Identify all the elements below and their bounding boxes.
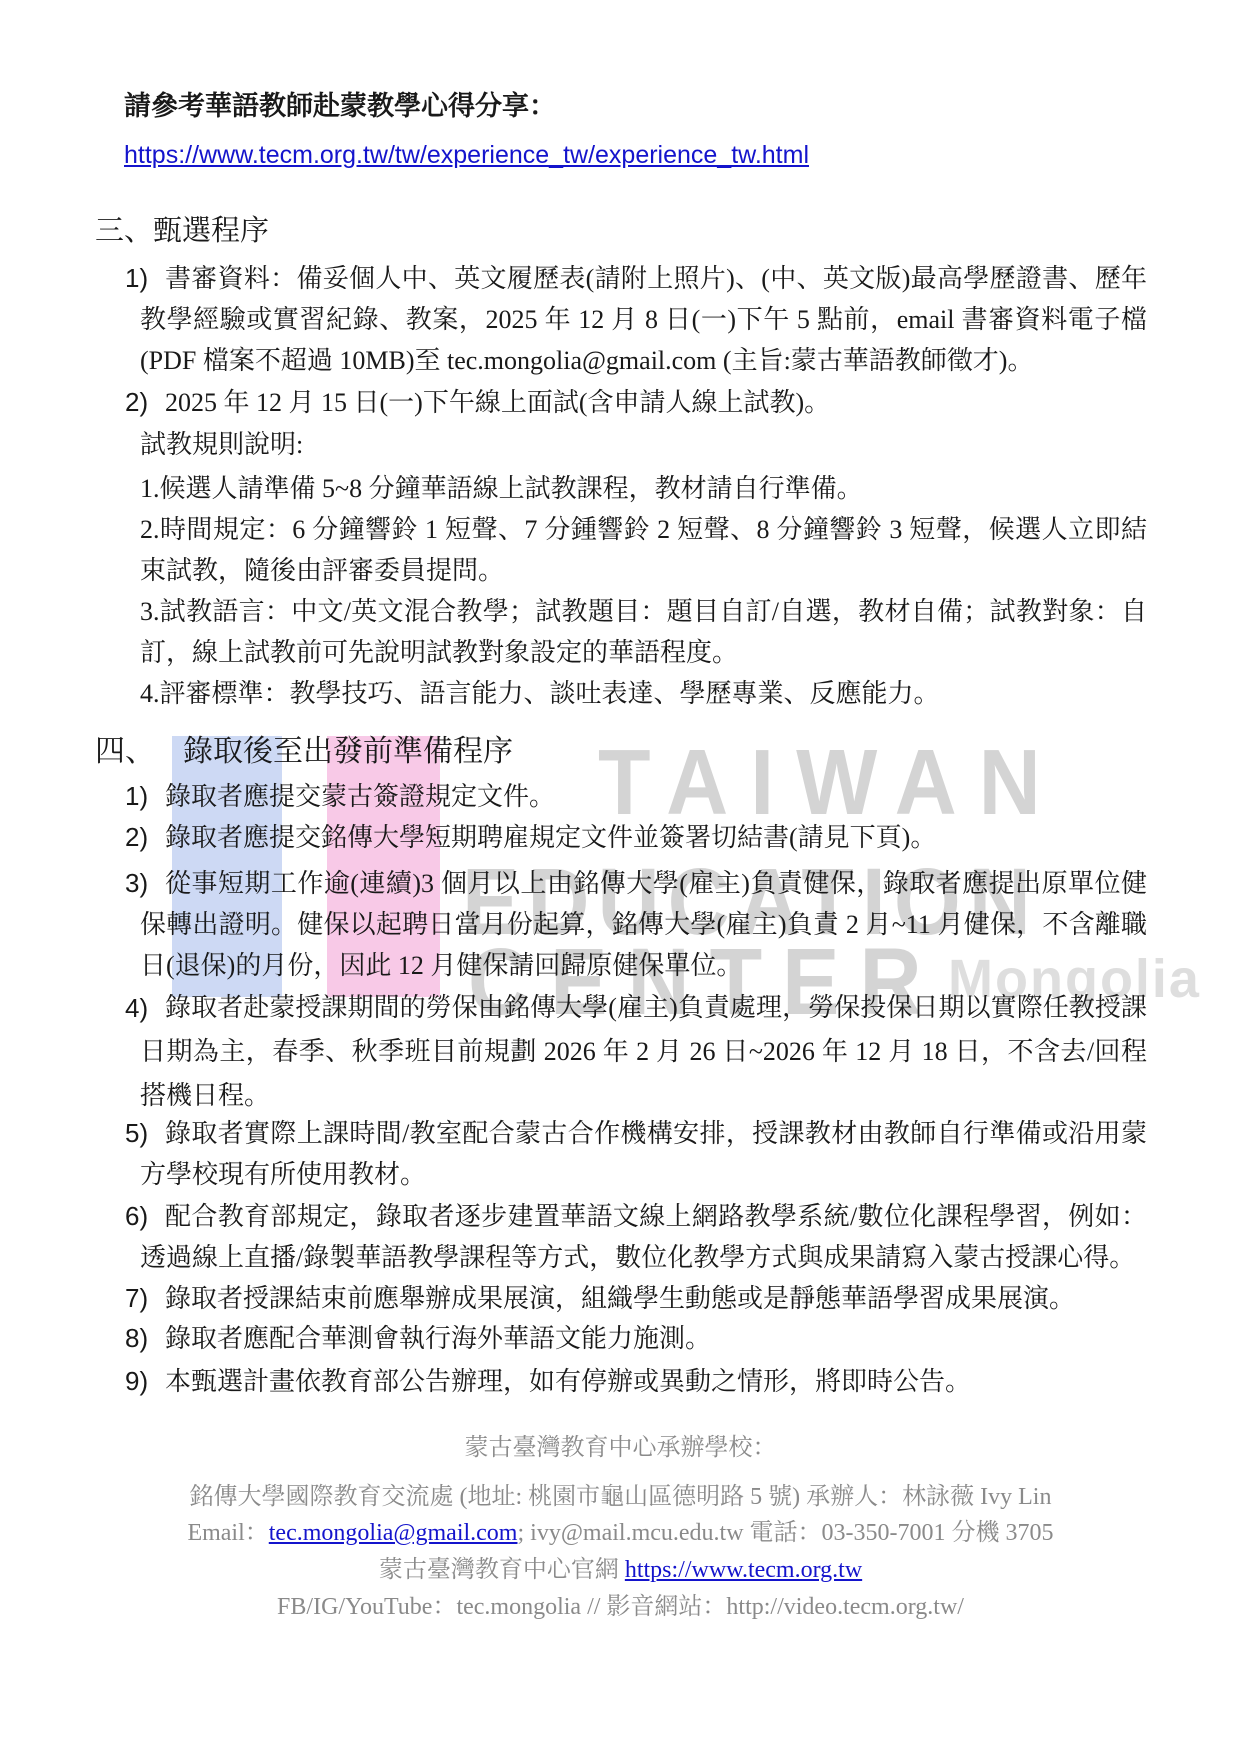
- intro-note: 請參考華語教師赴蒙教學心得分享：: [124, 86, 556, 127]
- section4-item-9: 9) 本甄選計畫依教育部公告辦理，如有停辦或異動之情形，將即時公告。: [95, 1361, 1147, 1402]
- section3-item-2: 2) 2025 年 12 月 15 日(一)下午線上面試(含申請人線上試教)。: [95, 382, 1147, 423]
- footer-website-link[interactable]: https://www.tecm.org.tw: [625, 1557, 862, 1583]
- section4-heading-number: 四、: [95, 735, 155, 768]
- footer-website-label: 蒙古臺灣教育中心官網: [379, 1557, 625, 1583]
- section3-heading: 三、甄選程序: [95, 211, 269, 252]
- footer-website-line: 蒙古臺灣教育中心官網 https://www.tecm.org.tw: [0, 1553, 1241, 1587]
- trial-rule-1: 1.候選人請準備 5~8 分鐘華語線上試教課程，教材請自行準備。: [95, 468, 1147, 509]
- section4-item-4: 4) 錄取者赴蒙授課期間的勞保由銘傳大學(雇主)負責處理，勞保投保日期以實際任教…: [95, 986, 1147, 1118]
- item-text: 2025 年 12 月 15 日(一)下午線上面試(含申請人線上試教)。: [95, 382, 1147, 423]
- item-number: 1): [125, 258, 148, 299]
- footer-email-link[interactable]: tec.mongolia@gmail.com: [269, 1520, 518, 1546]
- section4-item-3: 3) 從事短期工作逾(連續)3 個月以上由銘傳大學(雇主)負責健保，錄取者應提出…: [95, 863, 1147, 986]
- footer-social-line: FB/IG/YouTube：tec.mongolia // 影音網站：http:…: [0, 1590, 1241, 1624]
- trial-rule-4: 4.評審標準：教學技巧、語言能力、談吐表達、學歷專業、反應能力。: [95, 673, 1147, 714]
- footer-contact-line: Email：tec.mongolia@gmail.com; ivy@mail.m…: [0, 1516, 1241, 1550]
- section4-item-5: 5) 錄取者實際上課時間/教室配合蒙古合作機構安排，授課教材由教師自行準備或沿用…: [95, 1113, 1147, 1195]
- trial-rule-3: 3.試教語言：中文/英文混合教學；試教題目：題目自訂/自選，教材自備；試教對象：…: [95, 591, 1147, 673]
- trial-teaching-rules-heading: 試教規則說明:: [95, 424, 1147, 465]
- section4-item-7: 7) 錄取者授課結束前應舉辦成果展演，組織學生動態或是靜態華語學習成果展演。: [95, 1278, 1147, 1319]
- section4-heading: 四、錄取後至出發前準備程序: [95, 731, 513, 772]
- section3-item-1: 1) 書審資料：備妥個人中、英文履歷表(請附上照片)、(中、英文版)最高學歷證書…: [95, 258, 1147, 381]
- footer-contact-rest: ; ivy@mail.mcu.edu.tw 電話：03-350-7001 分機 …: [517, 1520, 1053, 1546]
- trial-rule-2: 2.時間規定：6 分鐘響鈴 1 短聲、7 分鍾響鈴 2 短聲、8 分鐘響鈴 3 …: [95, 509, 1147, 591]
- section4-item-8: 8) 錄取者應配合華測會執行海外華語文能力施測。: [95, 1318, 1147, 1359]
- section4-item-1: 1) 錄取者應提交蒙古簽證規定文件。: [95, 776, 1147, 817]
- experience-share-link[interactable]: https://www.tecm.org.tw/tw/experience_tw…: [124, 141, 809, 169]
- section4-item-6: 6) 配合教育部規定，錄取者逐步建置華語文線上網路教學系統/數位化課程學習，例如…: [95, 1196, 1147, 1278]
- document-page: TAIWAN EDUCATION CENTER Mongolia 請參考華語教師…: [0, 0, 1241, 1755]
- section4-heading-text: 錄取後至出發前準備程序: [183, 735, 513, 768]
- item-number: 2): [125, 382, 148, 423]
- footer-organizer-heading: 蒙古臺灣教育中心承辦學校：: [0, 1431, 1241, 1465]
- section4-item-2: 2) 錄取者應提交銘傳大學短期聘雇規定文件並簽署切結書(請見下頁)。: [95, 817, 1147, 858]
- footer-school-line: 銘傳大學國際教育交流處 (地址: 桃園市龜山區德明路 5 號) 承辦人：林詠薇 …: [0, 1480, 1241, 1514]
- item-text: 書審資料：備妥個人中、英文履歷表(請附上照片)、(中、英文版)最高學歷證書、歷年…: [95, 258, 1147, 381]
- footer-email-label: Email：: [187, 1520, 268, 1546]
